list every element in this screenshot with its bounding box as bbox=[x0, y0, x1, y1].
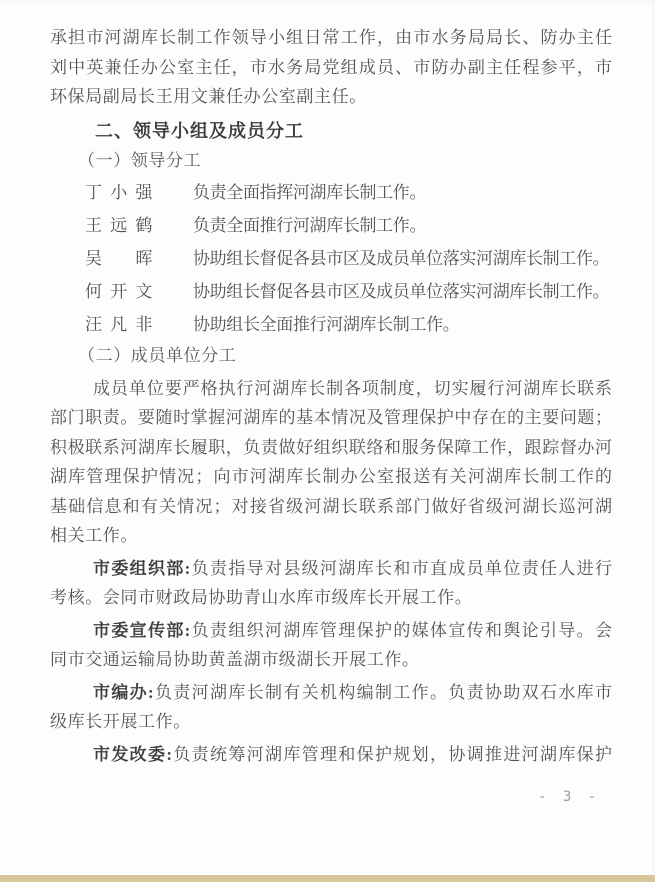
intro-line-2: 刘中英兼任办公室主任，市水务局党组成员、市防办副主任程参平，市 bbox=[50, 53, 612, 83]
member-intro-line-5: 基础信息和有关情况；对接省级河湖长联系部门做好省级河湖长巡河湖 bbox=[50, 492, 612, 522]
scan-edge-strip bbox=[0, 875, 655, 882]
dept-prop-text: 负责组织河湖库管理保护的媒体宣传和舆论引导。会 bbox=[190, 621, 612, 640]
dept-org-line-2: 考核。会同市财政局协助青山水库市级库长开展工作。 bbox=[50, 583, 612, 613]
leader-name: 王远鹤 bbox=[85, 209, 153, 242]
subsection-2-heading: （二）成员单位分工 bbox=[50, 341, 612, 371]
leader-row: 王远鹤 负责全面推行河湖库长制工作。 bbox=[50, 209, 612, 242]
leader-duty: 协助组长全面推行河湖库长制工作。 bbox=[193, 308, 459, 341]
member-intro-line-2: 部门职责。要随时掌握河湖库的基本情况及管理保护中存在的主要问题； bbox=[50, 403, 612, 433]
intro-line-3: 环保局副局长王用文兼任办公室副主任。 bbox=[50, 82, 612, 112]
dept-fgw-label: 市发改委: bbox=[93, 745, 172, 764]
dept-bianban-text: 负责河湖库长制有关机构编制工作。负责协助双石水库市 bbox=[154, 683, 612, 702]
member-intro-line-4: 湖库管理保护情况；向市河湖库长制办公室报送有关河湖库长制工作的 bbox=[50, 462, 612, 492]
member-intro-line-6: 相关工作。 bbox=[50, 521, 612, 551]
leader-name: 吴 晖 bbox=[85, 242, 153, 275]
dept-org-line-1: 市委组织部:负责指导对县级河湖库长和市直成员单位责任人进行 bbox=[50, 554, 612, 584]
dept-org-label: 市委组织部: bbox=[93, 559, 190, 578]
scanned-document-page: 承担市河湖库长制工作领导小组日常工作，由市水务局局长、防办主任 刘中英兼任办公室… bbox=[0, 0, 655, 882]
member-intro-line-3: 积极联系河湖库长履职，负责做好组织联络和服务保障工作，跟踪督办河 bbox=[50, 433, 612, 463]
leader-name: 丁小强 bbox=[85, 176, 153, 209]
document-text-block: 承担市河湖库长制工作领导小组日常工作，由市水务局局长、防办主任 刘中英兼任办公室… bbox=[50, 23, 612, 769]
intro-line-1: 承担市河湖库长制工作领导小组日常工作，由市水务局局长、防办主任 bbox=[50, 23, 612, 53]
leader-duty: 协助组长督促各县市区及成员单位落实河湖库长制工作。 bbox=[193, 242, 609, 275]
leader-duty: 负责全面指挥河湖库长制工作。 bbox=[193, 176, 426, 209]
dept-bianban-line-1: 市编办:负责河湖库长制有关机构编制工作。负责协助双石水库市 bbox=[50, 678, 612, 708]
subsection-1-heading: （一）领导分工 bbox=[50, 146, 612, 176]
dept-prop-label: 市委宣传部: bbox=[93, 621, 190, 640]
leader-duty: 负责全面推行河湖库长制工作。 bbox=[193, 209, 426, 242]
dept-bianban-label: 市编办: bbox=[93, 683, 154, 702]
dept-prop-line-2: 同市交通运输局协助黄盖湖市级湖长开展工作。 bbox=[50, 645, 612, 675]
member-intro-line-1: 成员单位要严格执行河湖库长制各项制度，切实履行河湖库长联系 bbox=[50, 374, 612, 404]
leader-name: 汪凡非 bbox=[85, 308, 153, 341]
section-heading: 二、领导小组及成员分工 bbox=[50, 116, 612, 146]
page-number: - 3 - bbox=[538, 789, 600, 805]
leader-row: 吴 晖 协助组长督促各县市区及成员单位落实河湖库长制工作。 bbox=[50, 242, 612, 275]
dept-fgw-text: 负责统筹河湖库管理和保护规划，协调推进河湖库保护 bbox=[172, 745, 612, 764]
dept-bianban-line-2: 级库长开展工作。 bbox=[50, 707, 612, 737]
dept-fgw-line-1: 市发改委:负责统筹河湖库管理和保护规划，协调推进河湖库保护 bbox=[50, 740, 612, 770]
leader-row: 丁小强 负责全面指挥河湖库长制工作。 bbox=[50, 176, 612, 209]
leader-duty: 协助组长督促各县市区及成员单位落实河湖库长制工作。 bbox=[193, 275, 609, 308]
leader-name: 何开文 bbox=[85, 275, 153, 308]
leader-row: 汪凡非 协助组长全面推行河湖库长制工作。 bbox=[50, 308, 612, 341]
leader-row: 何开文 协助组长督促各县市区及成员单位落实河湖库长制工作。 bbox=[50, 275, 612, 308]
dept-prop-line-1: 市委宣传部:负责组织河湖库管理保护的媒体宣传和舆论引导。会 bbox=[50, 616, 612, 646]
dept-org-text: 负责指导对县级河湖库长和市直成员单位责任人进行 bbox=[190, 559, 612, 578]
